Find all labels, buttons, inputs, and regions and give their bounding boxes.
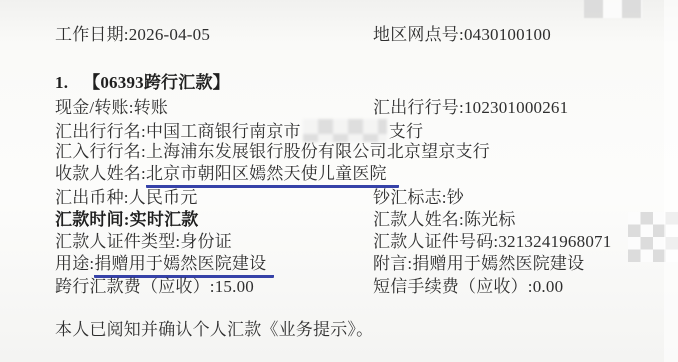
purpose-label: 用途: [55, 254, 94, 273]
remitting-bank-name-label: 汇出行行名: [55, 122, 146, 141]
remitting-bank-name-suffix: 支行 [389, 122, 423, 141]
remitter-name-value: 陈光标 [464, 210, 516, 229]
remitter-name-label: 汇款人姓名: [373, 210, 464, 229]
mosaic-blur-patch [303, 119, 387, 142]
id-number-label: 汇款人证件号码: [373, 232, 498, 251]
work-date-field: 工作日期:2026-04-05 [55, 24, 210, 45]
section-title: 1.【06393跨行汇款】 [55, 72, 230, 93]
remitting-bank-name-field: 汇出行行名:中国工商银行南京市支行 [55, 119, 423, 142]
right-edge-highlight [664, 0, 678, 362]
cash-transfer-label: 现金/转账: [55, 98, 134, 117]
id-number-field: 汇款人证件号码:3213241968071 [373, 231, 611, 252]
mosaic-watermark-top [584, 0, 642, 18]
currency-field: 汇出币种:人民币元 [55, 187, 198, 208]
work-date-value: 2026-04-05 [129, 25, 210, 44]
remitting-bank-no-label: 汇出行行号: [373, 98, 464, 117]
receiving-bank-name-value: 上海浦东发展银行股份有限公司北京望京支行 [146, 142, 490, 161]
interbank-fee-value: 15.00 [215, 277, 254, 296]
cash-flag-label: 钞汇标志: [373, 188, 447, 207]
interbank-fee-field: 跨行汇款费（应收）:15.00 [55, 276, 254, 297]
receiving-bank-name-label: 汇入行行名: [55, 142, 146, 161]
sms-fee-field: 短信手续费（应收）:0.00 [373, 276, 563, 297]
payee-name-value: 北京市朝阳区嫣然天使儿童医院 [146, 163, 399, 188]
remitter-name-field: 汇款人姓名:陈光标 [373, 209, 516, 230]
interbank-fee-label: 跨行汇款费（应收）: [55, 277, 215, 296]
section-title-text: 【06393跨行汇款】 [83, 73, 230, 92]
id-type-label: 汇款人证件类型: [55, 232, 180, 251]
region-branch-label: 地区网点号: [373, 25, 464, 44]
cash-transfer-field: 现金/转账:转账 [55, 97, 168, 118]
section-number: 1. [55, 73, 68, 92]
remit-time-value: 实时汇款 [130, 210, 199, 229]
currency-value: 人民币元 [129, 188, 198, 207]
remitting-bank-name-prefix: 中国工商银行南京市 [146, 122, 301, 141]
id-number-value: 3213241968071 [498, 232, 611, 251]
sms-fee-label: 短信手续费（应收）: [373, 277, 533, 296]
region-branch-field: 地区网点号:0430100100 [373, 24, 551, 45]
currency-label: 汇出币种: [55, 188, 129, 207]
postscript-value: 捐赠用于嫣然医院建设 [412, 254, 584, 273]
purpose-field: 用途:捐赠用于嫣然医院建设 [55, 253, 274, 278]
sms-fee-value: 0.00 [533, 277, 564, 296]
cash-flag-value: 钞 [447, 188, 464, 207]
payee-name-field: 收款人姓名:北京市朝阳区嫣然天使儿童医院 [55, 163, 399, 188]
footer-note: 本人已阅知并确认个人汇款《业务提示》。 [55, 319, 373, 340]
remit-time-field: 汇款时间:实时汇款 [55, 209, 198, 230]
payee-name-label: 收款人姓名: [55, 164, 146, 183]
cash-transfer-value: 转账 [134, 98, 168, 117]
id-type-value: 身份证 [180, 232, 232, 251]
purpose-value: 捐赠用于嫣然医院建设 [94, 253, 274, 278]
work-date-label: 工作日期: [55, 25, 129, 44]
id-type-field: 汇款人证件类型:身份证 [55, 231, 232, 252]
remit-time-label: 汇款时间: [55, 210, 130, 229]
remitting-bank-no-field: 汇出行行号:102301000261 [373, 97, 568, 118]
cash-flag-field: 钞汇标志:钞 [373, 187, 464, 208]
remitting-bank-no-value: 102301000261 [464, 98, 568, 117]
remittance-receipt: 工作日期:2026-04-05 地区网点号:0430100100 1.【0639… [0, 0, 678, 362]
postscript-field: 附言:捐赠用于嫣然医院建设 [373, 253, 584, 274]
receiving-bank-name-field: 汇入行行名:上海浦东发展银行股份有限公司北京望京支行 [55, 141, 490, 162]
postscript-label: 附言: [373, 254, 412, 273]
region-branch-value: 0430100100 [464, 25, 551, 44]
